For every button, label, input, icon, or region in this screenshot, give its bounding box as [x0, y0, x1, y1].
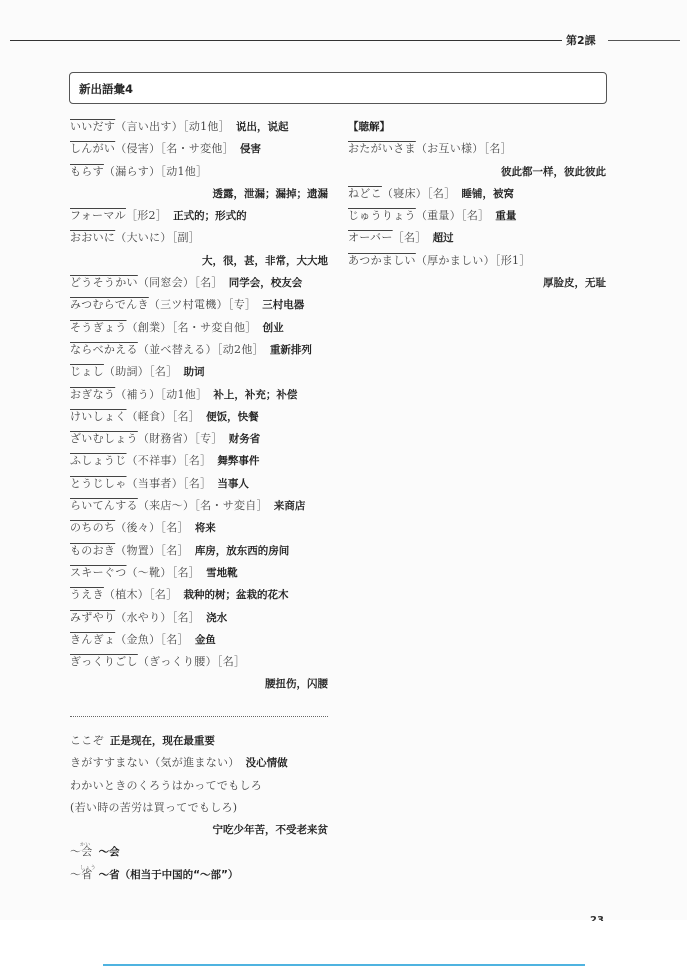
vocab-reading: みずやり	[70, 611, 115, 624]
vocabulary-list-right: 【聴解】 おたがいさま（お互い様）［名］彼此都一样，彼此彼此ねどこ（寝床）［名］…	[348, 116, 606, 294]
suffix-entry: しょう～省～省（相当于中国的“～部”）	[70, 864, 328, 886]
vocab-reading: じょし	[70, 365, 104, 378]
vocab-entry: みつむらでんき（三ツ村電機）［专］三村电器	[70, 294, 328, 316]
vocab-kanji: （お互い様）	[416, 142, 484, 155]
part-of-speech: ［名］	[172, 566, 200, 579]
vocab-meaning: 助词	[184, 366, 205, 378]
vocab-kanji: （言い出す）	[115, 120, 183, 133]
vocab-kanji: （金魚）	[115, 633, 160, 646]
vocab-kanji: （厚かましい）	[416, 254, 495, 267]
vocab-kanji: （来店～）	[138, 499, 195, 512]
vocab-reading: じゅうりょう	[348, 209, 416, 222]
vocab-entry: ざいむしょう（財務省）［专］财务省	[70, 428, 328, 450]
vocab-meaning: 当事人	[217, 478, 249, 490]
part-of-speech: ［形1］	[495, 254, 531, 267]
header-rule	[608, 40, 680, 41]
vocabulary-list-left: いいだす（言い出す）［动1他］说出，说起しんがい（侵害）［名・サ変他］侵害もらす…	[70, 116, 328, 696]
vocab-kanji: （侵害）	[115, 142, 160, 155]
vocab-reading: スキーぐつ	[70, 566, 127, 579]
part-of-speech: ［动1他］	[160, 388, 207, 401]
part-of-speech: ［名］	[484, 142, 512, 155]
suffix-ruby: しょう	[80, 857, 96, 879]
vocab-reading: いいだす	[70, 120, 115, 133]
part-of-speech: ［名］	[149, 365, 177, 378]
vocab-entry: のちのち（後々）［名］将来	[70, 517, 328, 539]
part-of-speech: ［名］	[393, 231, 427, 244]
vocab-meaning: 侵害	[240, 143, 261, 155]
document-page: 第2課 新出語彙4 いいだす（言い出す）［动1他］说出，说起しんがい（侵害）［名…	[0, 0, 687, 920]
part-of-speech: ［名・サ変自］	[194, 499, 268, 512]
suffix-term: しょう～省	[70, 864, 93, 886]
expression-text: きがすすまない（気が進まない）	[70, 756, 240, 769]
vocab-reading: どうそうかい	[70, 276, 138, 289]
vocab-meaning: 三村电器	[262, 299, 304, 311]
vocab-kanji: （重量）	[416, 209, 461, 222]
vocab-entry: ものおき（物置）［名］库房，放东西的房间	[70, 540, 328, 562]
vocab-entry: みずやり（水やり）［名］浇水	[70, 607, 328, 629]
suffix-entry: かい～会～会	[70, 841, 328, 863]
vocab-kanji: （補う）	[115, 388, 160, 401]
vocab-kanji: （寝床）	[382, 187, 427, 200]
vocab-reading: ふしょうじ	[70, 454, 127, 467]
expression-entry: わかいときのくろうはかってでもしろ	[70, 775, 328, 797]
vocab-kanji: （物置）	[115, 544, 160, 557]
vocab-meaning: 透露，泄漏；漏掉；遗漏	[70, 183, 328, 205]
vocab-reading: ものおき	[70, 544, 115, 557]
vocab-reading: とうじしゃ	[70, 477, 127, 490]
vocab-kanji: （当事者）	[127, 477, 184, 490]
vocab-meaning: 说出，说起	[236, 121, 289, 133]
part-of-speech: ［动1他］	[160, 165, 207, 178]
vocab-kanji: （大いに）	[115, 231, 172, 244]
vocab-entry: ふしょうじ（不祥事）［名］舞弊事件	[70, 450, 328, 472]
vocab-meaning: 来商店	[274, 500, 306, 512]
part-of-speech: ［名］	[160, 521, 188, 534]
vocab-meaning: 金鱼	[195, 634, 216, 646]
part-of-speech: ［名・サ変自他］	[172, 321, 257, 334]
expression-text: ここぞ	[70, 734, 104, 747]
vocab-meaning: 重量	[495, 210, 516, 222]
part-of-speech: ［名］	[217, 655, 245, 668]
suffix-meaning: ～省（相当于中国的“～部”）	[99, 869, 239, 881]
vocab-entry: おぎなう（補う）［动1他］补上，补充；补偿	[70, 384, 328, 406]
vocab-kanji: （植木）	[104, 588, 149, 601]
part-of-speech: ［名］	[427, 187, 455, 200]
vocab-kanji: （後々）	[115, 521, 160, 534]
part-of-speech: ［名］	[149, 588, 177, 601]
vocab-entry: けいしょく（軽食）［名］便饭，快餐	[70, 406, 328, 428]
vocab-meaning: 厚脸皮，无耻	[348, 272, 606, 294]
vocab-kanji: （～靴）	[127, 566, 172, 579]
part-of-speech: ［动2他］	[217, 343, 264, 356]
expressions-list: ここぞ正是现在，现在最重要きがすすまない（気が進まない）没心情做わかいときのくろ…	[70, 730, 328, 886]
vocab-entry: もらす（漏らす）［动1他］	[70, 161, 328, 183]
expression-meaning: 正是现在，现在最重要	[110, 735, 215, 747]
part-of-speech: ［名］	[183, 477, 211, 490]
expression-meaning: 没心情做	[246, 757, 288, 769]
expression-entry: ここぞ正是现在，现在最重要	[70, 730, 328, 752]
vocab-meaning: 补上，补充；补偿	[213, 389, 297, 401]
vocab-kanji: （不祥事）	[127, 454, 184, 467]
part-of-speech: ［名］	[194, 276, 222, 289]
vocab-kanji: （財務省）	[138, 432, 195, 445]
vocab-reading: おたがいさま	[348, 142, 416, 155]
vocab-reading: ざいむしょう	[70, 432, 138, 445]
vocab-entry: らいてんする（来店～）［名・サ変自］来商店	[70, 495, 328, 517]
part-of-speech: ［专］	[228, 298, 256, 311]
suffix-meaning: ～会	[99, 846, 120, 858]
vocab-meaning: 雪地靴	[206, 567, 238, 579]
vocab-reading: らいてんする	[70, 499, 138, 512]
vocab-entry: いいだす（言い出す）［动1他］说出，说起	[70, 116, 328, 138]
vocab-meaning: 腰扭伤，闪腰	[70, 673, 328, 695]
vocab-reading: そうぎょう	[70, 321, 127, 334]
vocab-meaning: 正式的；形式的	[173, 210, 247, 222]
dotted-divider	[70, 716, 328, 717]
vocab-entry: うえき（植木）［名］栽种的树；盆栽的花木	[70, 584, 328, 606]
part-of-speech: ［名］	[160, 633, 188, 646]
listening-heading: 【聴解】	[348, 116, 606, 138]
vocab-entry: しんがい（侵害）［名・サ変他］侵害	[70, 138, 328, 160]
vocab-meaning: 浇水	[206, 612, 227, 624]
vocab-entry: じゅうりょう（重量）［名］重量	[348, 205, 606, 227]
vocab-meaning: 大，很，甚，非常，大大地	[70, 250, 328, 272]
vocab-kanji: （水やり）	[115, 611, 172, 624]
vocab-entry: あつかましい（厚かましい）［形1］	[348, 250, 606, 272]
vocab-meaning: 创业	[263, 322, 284, 334]
vocab-entry: ならべかえる（並べ替える）［动2他］重新排列	[70, 339, 328, 361]
section-title-box: 新出語彙4	[69, 72, 607, 104]
part-of-speech: ［名］	[172, 410, 200, 423]
proverb-meaning: 宁吃少年苦，不受老来贫	[70, 819, 328, 841]
part-of-speech: ［名］	[183, 454, 211, 467]
scroll-indicator-line	[103, 964, 585, 966]
lesson-label: 第2課	[566, 32, 596, 48]
vocab-meaning: 超过	[433, 232, 454, 244]
vocab-entry: おたがいさま（お互い様）［名］	[348, 138, 606, 160]
vocab-kanji: （並べ替える）	[138, 343, 217, 356]
vocab-meaning: 重新排列	[270, 344, 312, 356]
vocab-reading: ぎっくりごし	[70, 655, 138, 668]
vocab-entry: きんぎょ（金魚）［名］金鱼	[70, 629, 328, 651]
vocab-entry: おおいに（大いに）［副］	[70, 227, 328, 249]
part-of-speech: ［动1他］	[183, 120, 230, 133]
vocab-reading: しんがい	[70, 142, 115, 155]
vocab-entry: スキーぐつ（～靴）［名］雪地靴	[70, 562, 328, 584]
vocab-reading: あつかましい	[348, 254, 416, 267]
vocab-entry: フォーマル［形2］正式的；形式的	[70, 205, 328, 227]
vocab-kanji: （助詞）	[104, 365, 149, 378]
vocab-meaning: 将来	[195, 522, 216, 534]
vocab-meaning: 同学会，校友会	[229, 277, 303, 289]
vocab-kanji: （同窓会）	[138, 276, 195, 289]
vocab-reading: うえき	[70, 588, 104, 601]
vocab-reading: ねどこ	[348, 187, 382, 200]
vocab-reading: きんぎょ	[70, 633, 115, 646]
vocab-kanji: （軽食）	[127, 410, 172, 423]
suffix-ruby: かい	[80, 834, 91, 856]
vocab-entry: オーバー［名］超过	[348, 227, 606, 249]
header-rule	[10, 40, 562, 41]
vocab-entry: じょし（助詞）［名］助词	[70, 361, 328, 383]
vocab-meaning: 舞弊事件	[217, 455, 259, 467]
vocab-meaning: 便饭，快餐	[206, 411, 259, 423]
vocab-entry: そうぎょう（創業）［名・サ変自他］创业	[70, 317, 328, 339]
part-of-speech: ［名］	[172, 611, 200, 624]
expression-entry: (若い時の苦労は買ってでもしろ)	[70, 797, 328, 819]
expression-text: わかいときのくろうはかってでもしろ	[70, 779, 262, 792]
vocab-meaning: 财务省	[229, 433, 261, 445]
part-of-speech: ［名］	[461, 209, 489, 222]
vocab-meaning: 栽种的树；盆栽的花木	[184, 589, 289, 601]
vocab-entry: とうじしゃ（当事者）［名］当事人	[70, 473, 328, 495]
vocab-reading: けいしょく	[70, 410, 127, 423]
vocab-reading: オーバー	[348, 231, 393, 244]
vocab-reading: フォーマル	[70, 209, 126, 222]
part-of-speech: ［副］	[172, 231, 200, 244]
part-of-speech: ［专］	[194, 432, 222, 445]
part-of-speech: ［名］	[160, 544, 188, 557]
vocab-meaning: 睡铺，被窝	[462, 188, 515, 200]
vocab-kanji: （三ツ村電機）	[149, 298, 228, 311]
vocab-reading: のちのち	[70, 521, 115, 534]
vocab-reading: おおいに	[70, 231, 115, 244]
vocab-reading: ならべかえる	[70, 343, 138, 356]
vocab-kanji: （創業）	[127, 321, 172, 334]
vocab-entry: どうそうかい（同窓会）［名］同学会，校友会	[70, 272, 328, 294]
page-bottom-margin	[70, 922, 600, 969]
vocab-reading: みつむらでんき	[70, 298, 149, 311]
part-of-speech: ［名・サ変他］	[160, 142, 234, 155]
vocab-entry: ねどこ（寝床）［名］睡铺，被窝	[348, 183, 606, 205]
vocab-reading: もらす	[70, 165, 104, 178]
part-of-speech: ［形2］	[126, 209, 167, 222]
vocab-entry: ぎっくりごし（ぎっくり腰）［名］	[70, 651, 328, 673]
vocab-kanji: （ぎっくり腰）	[138, 655, 217, 668]
page-number: 23	[590, 915, 604, 921]
expression-text: (若い時の苦労は買ってでもしろ)	[70, 801, 237, 814]
vocab-meaning: 彼此都一样，彼此彼此	[348, 161, 606, 183]
vocab-reading: おぎなう	[70, 388, 115, 401]
vocab-meaning: 库房，放东西的房间	[195, 545, 290, 557]
section-title: 新出語彙4	[79, 81, 133, 97]
expression-entry: きがすすまない（気が進まない）没心情做	[70, 752, 328, 774]
vocab-kanji: （漏らす）	[104, 165, 161, 178]
